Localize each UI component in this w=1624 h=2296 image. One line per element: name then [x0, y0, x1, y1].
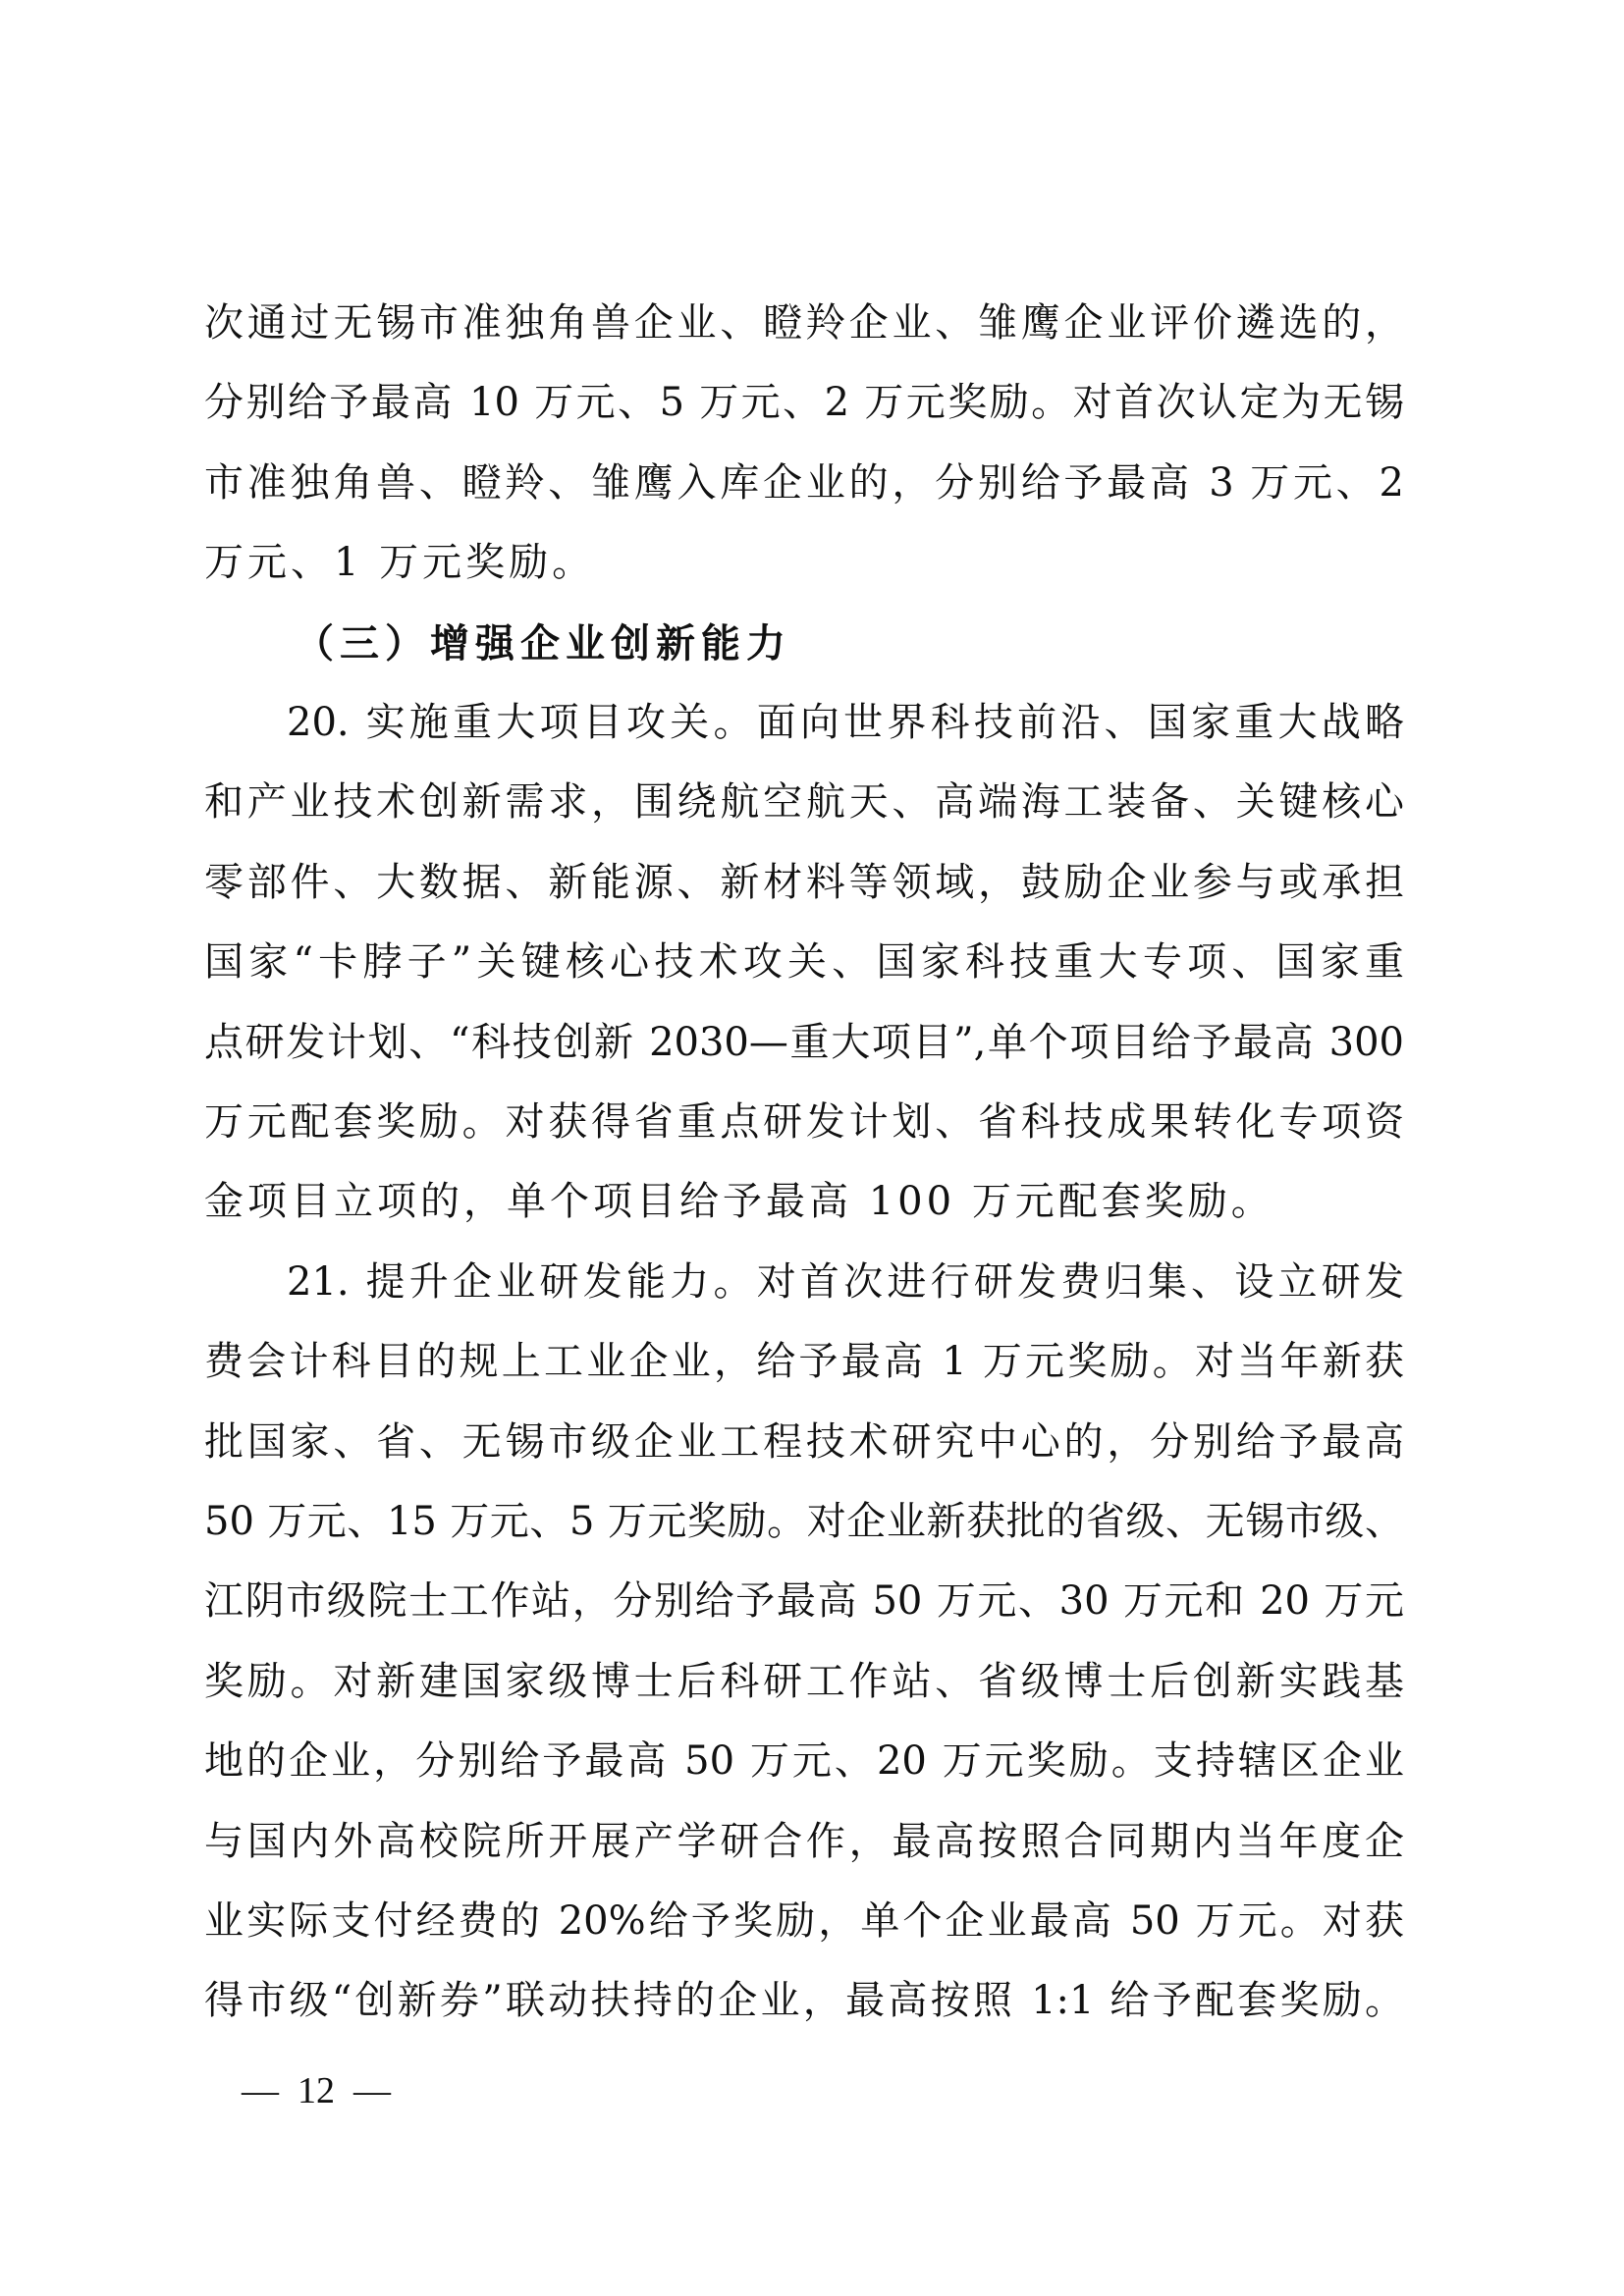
- body-text-line: 国家“卡脖子”关键核心技术攻关、国家科技重大专项、国家重: [204, 923, 1404, 1002]
- body-text-line: 万元配套奖励。对获得省重点研发计划、省科技成果转化专项资: [204, 1083, 1404, 1162]
- body-text-line: 市准独角兽、瞪羚、雏鹰入库企业的，分别给予最高 3 万元、2: [204, 444, 1404, 523]
- body-text-line: 与国内外高校院所开展产学研合作，最高按照合同期内当年度企: [204, 1802, 1404, 1882]
- body-text-line: 得市级“创新券”联动扶持的企业，最高按照 1:1 给予配套奖励。: [204, 1961, 1404, 2041]
- page-number: — 12 —: [242, 2069, 391, 2112]
- body-text-line: 江阴市级院士工作站，分别给予最高 50 万元、30 万元和 20 万元: [204, 1562, 1404, 1641]
- body-text-line: 批国家、省、无锡市级企业工程技术研究中心的，分别给予最高: [204, 1403, 1404, 1482]
- body-text-line: 分别给予最高 10 万元、5 万元、2 万元奖励。对首次认定为无锡: [204, 363, 1404, 443]
- body-text-line: 业实际支付经费的 20%给予奖励，单个企业最高 50 万元。对获: [204, 1882, 1404, 1961]
- section-heading: （三）增强企业创新能力: [295, 604, 1178, 683]
- body-text-line: 奖励。对新建国家级博士后科研工作站、省级博士后创新实践基: [204, 1642, 1404, 1722]
- item-21-first-line: 21. 提升企业研发能力。对首次进行研发费归集、设立研发: [287, 1243, 1404, 1322]
- body-text-line: 和产业技术创新需求，围绕航空航天、高端海工装备、关键核心: [204, 763, 1404, 842]
- body-text-line: 50 万元、15 万元、5 万元奖励。对企业新获批的省级、无锡市级、: [204, 1482, 1404, 1562]
- item-20-first-line: 20. 实施重大项目攻关。面向世界科技前沿、国家重大战略: [287, 683, 1404, 763]
- document-page: 次通过无锡市准独角兽企业、瞪羚企业、雏鹰企业评价遴选的， 分别给予最高 10 万…: [0, 0, 1624, 2296]
- body-text-line: 地的企业，分别给予最高 50 万元、20 万元奖励。支持辖区企业: [204, 1722, 1404, 1801]
- body-text-line: 金项目立项的，单个项目给予最高 100 万元配套奖励。: [204, 1162, 1404, 1242]
- body-text-line: 零部件、大数据、新能源、新材料等领域，鼓励企业参与或承担: [204, 843, 1404, 923]
- body-text-line: 万元、1 万元奖励。: [204, 523, 1404, 603]
- body-text-line: 费会计科目的规上工业企业，给予最高 1 万元奖励。对当年新获: [204, 1322, 1404, 1402]
- body-text-line: 次通过无锡市准独角兽企业、瞪羚企业、雏鹰企业评价遴选的，: [204, 284, 1404, 363]
- body-text-line: 点研发计划、“科技创新 2030—重大项目”,单个项目给予最高 300: [204, 1003, 1404, 1083]
